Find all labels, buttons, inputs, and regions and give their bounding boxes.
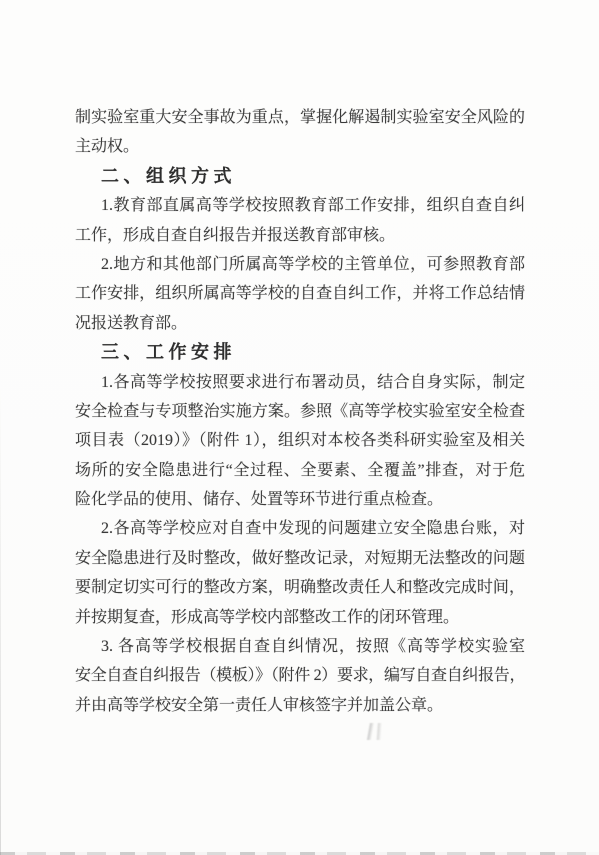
text-line: 安全自查自纠报告（模板）》（附件 2）要求，编写自查自纠报告，: [75, 661, 525, 690]
text-line: 工作，形成自查自纠报告并报送教育部审核。: [75, 221, 525, 250]
text-line: 3. 各高等学校根据自查自纠情况，按照《高等学校实验室: [75, 632, 525, 661]
text-line: 制实验室重大安全事故为重点，掌握化解遏制实验室安全风险的: [75, 103, 525, 132]
scan-smudge-artifact: [352, 723, 394, 740]
text-line: 项目表（2019）》（附件 1），组织对本校各类科研实验室及相关: [75, 426, 525, 455]
text-line: 主动权。: [75, 132, 525, 161]
text-line: 安全隐患进行及时整改，做好整改记录，对短期无法整改的问题: [75, 544, 525, 573]
text-line: 1.教育部直属高等学校按照教育部工作安排，组织自查自纠: [75, 191, 525, 220]
text-line: 1.各高等学校按照要求进行布署动员，结合自身实际，制定: [75, 368, 525, 397]
text-line: 工作安排，组织所属高等学校的自查自纠工作，并将工作总结情: [75, 279, 525, 308]
text-line: 况报送教育部。: [75, 309, 525, 338]
document-text-block: 制实验室重大安全事故为重点，掌握化解遏制实验室安全风险的 主动权。 二、组织方式…: [75, 103, 525, 720]
document-page: 制实验室重大安全事故为重点，掌握化解遏制实验室安全风险的 主动权。 二、组织方式…: [0, 0, 599, 855]
section-heading-organization: 二、组织方式: [75, 162, 525, 191]
text-line: 险化学品的使用、储存、处置等环节进行重点检查。: [75, 485, 525, 514]
text-line: 场所的安全隐患进行“全过程、全要素、全覆盖”排查，对于危: [75, 456, 525, 485]
section-heading-work-plan: 三、工作安排: [75, 338, 525, 367]
scan-edge-left: [0, 385, 1, 855]
text-line: 要制定切实可行的整改方案，明确整改责任人和整改完成时间，: [75, 573, 525, 602]
text-line: 2.地方和其他部门所属高等学校的主管单位，可参照教育部: [75, 250, 525, 279]
text-line: 安全检查与专项整治实施方案。参照《高等学校实验室安全检查: [75, 397, 525, 426]
text-line: 2.各高等学校应对自查中发现的问题建立安全隐患台账，对: [75, 514, 525, 543]
text-line: 并由高等学校安全第一责任人审核签字并加盖公章。: [75, 691, 525, 720]
text-line: 并按期复查，形成高等学校内部整改工作的闭环管理。: [75, 603, 525, 632]
